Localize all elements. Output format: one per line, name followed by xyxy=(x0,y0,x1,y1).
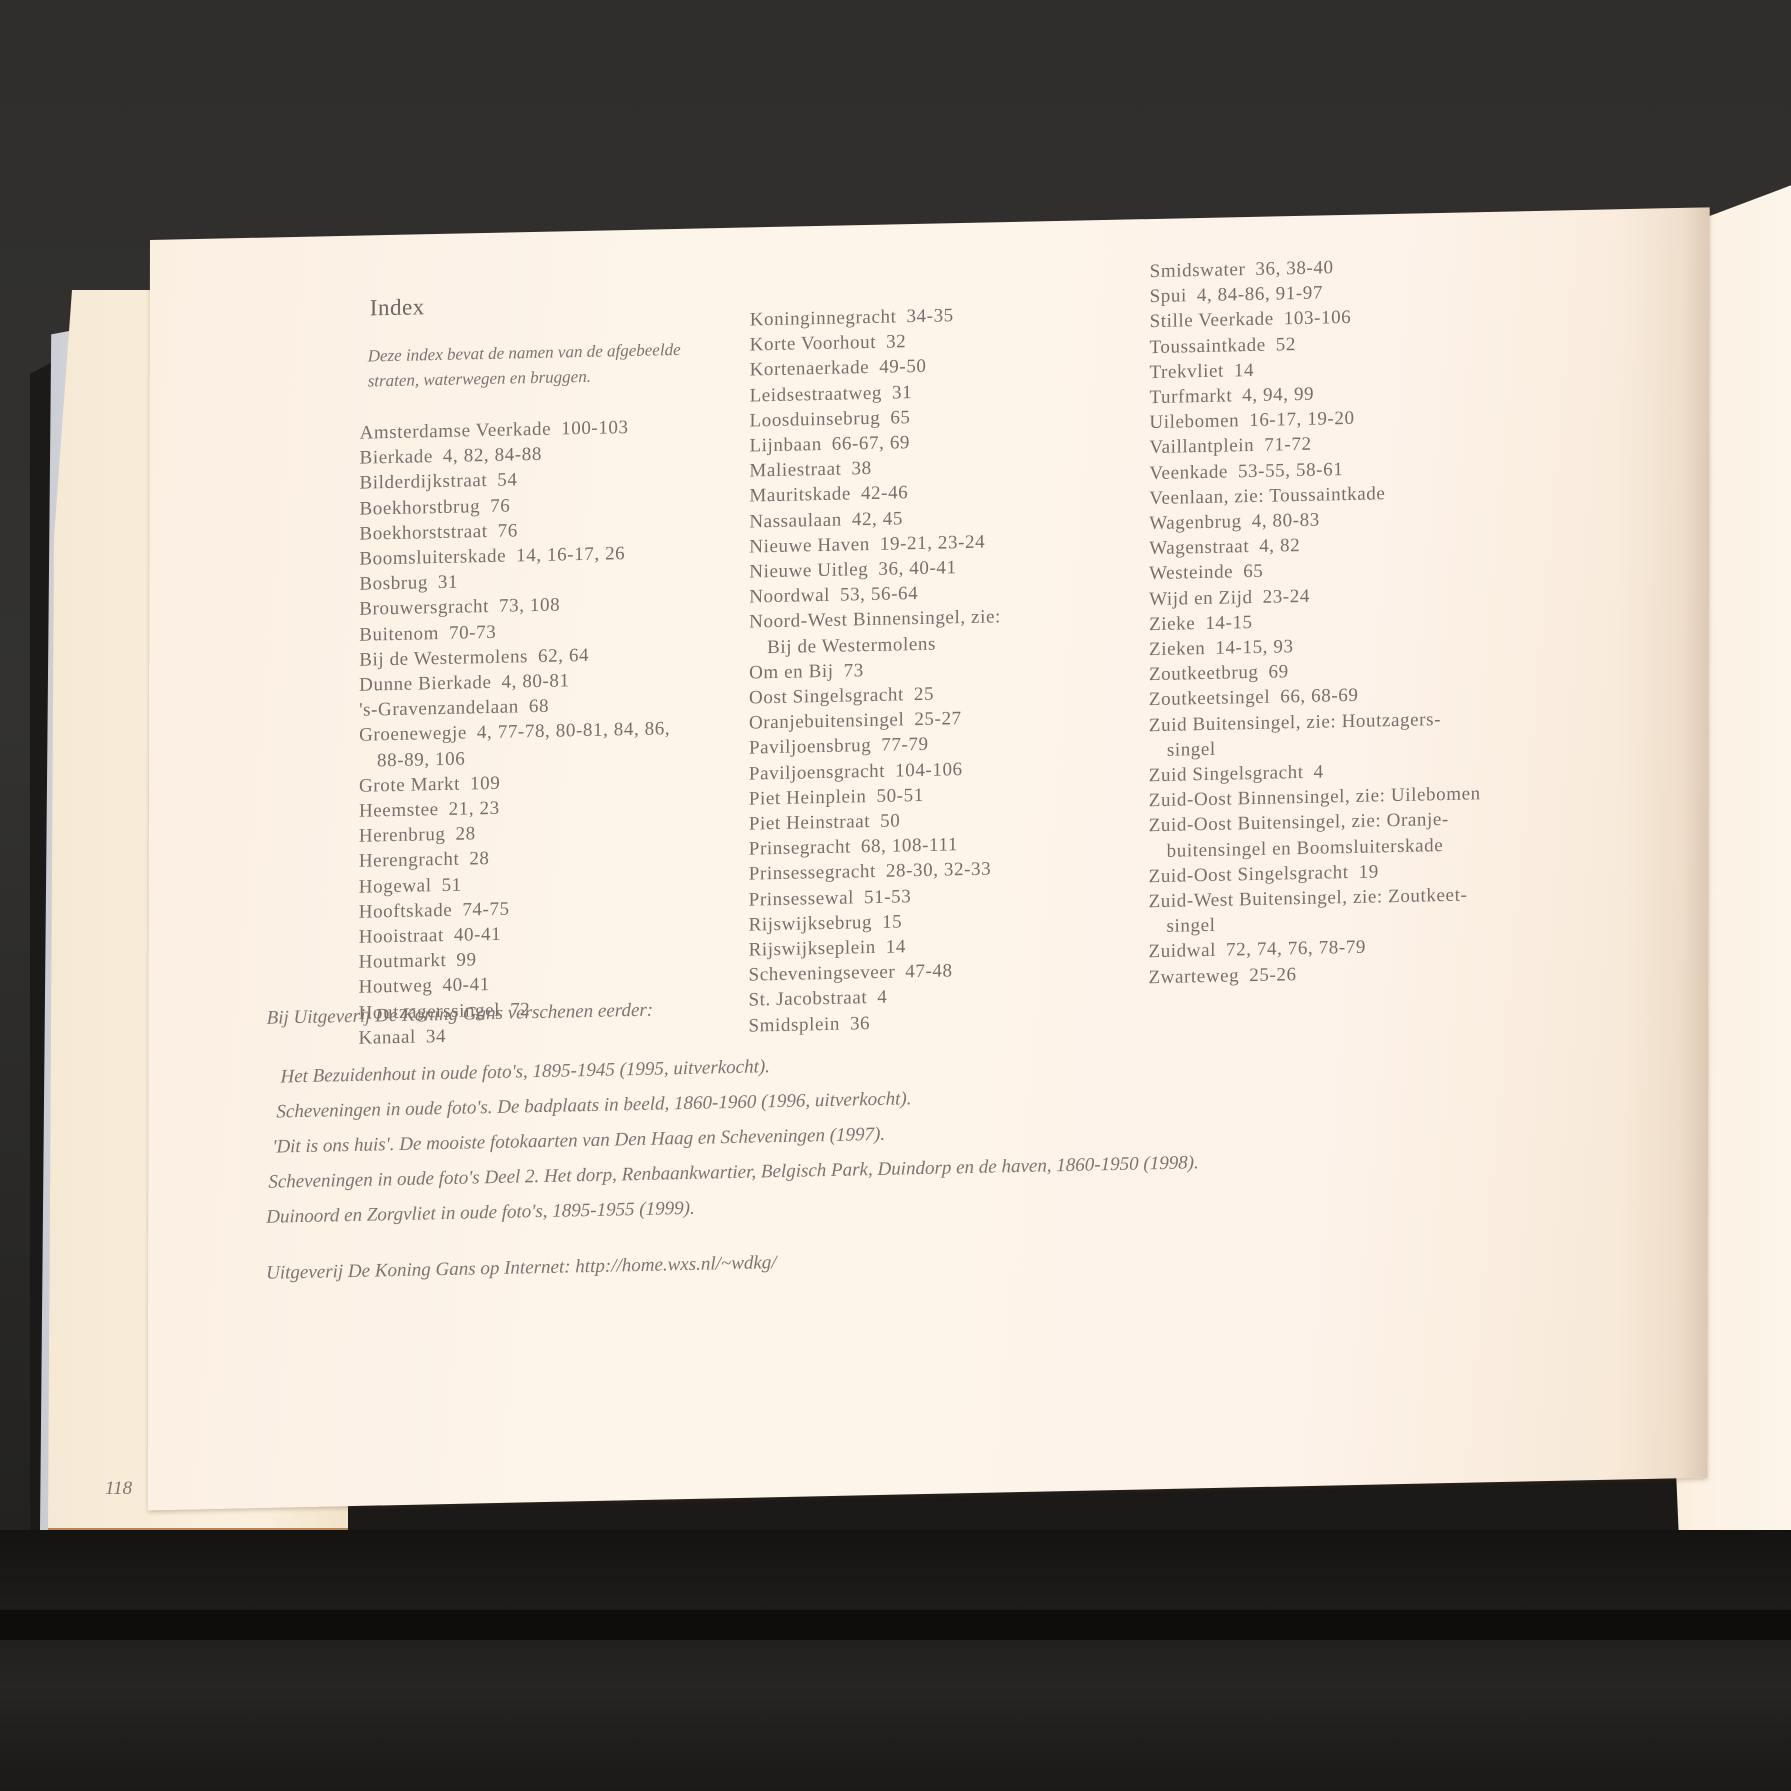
index-entry-pages: 14-15, 93 xyxy=(1215,636,1293,659)
index-entry-name: Wijd en Zijd xyxy=(1149,587,1253,610)
index-entry-name: Herenbrug xyxy=(359,824,446,847)
index-entry-pages: 99 xyxy=(456,950,476,971)
index-entry-name: buitensingel en Boomsluiterskade xyxy=(1167,835,1444,862)
index-entry-pages: 14 xyxy=(1234,360,1254,381)
index-entry-name: Noordwal xyxy=(749,585,830,608)
index-page: Index Deze index bevat de namen van de a… xyxy=(148,207,1710,1510)
index-entry-name: Bij de Westermolens xyxy=(767,633,936,658)
index-entry-name: Hooftskade xyxy=(359,900,453,923)
table-edge xyxy=(0,1530,1791,1791)
index-entry-pages: 4, 80-81 xyxy=(502,670,570,692)
index-entry-pages: 65 xyxy=(890,407,910,428)
index-entry-pages: 73 xyxy=(844,660,864,681)
index-entry-pages: 73, 108 xyxy=(499,595,560,617)
index-entry-name: Zieken xyxy=(1149,638,1205,660)
index-entry-pages: 49-50 xyxy=(879,356,926,378)
index-entry-pages: 42, 45 xyxy=(852,508,903,530)
index-entry-pages: 77-79 xyxy=(881,734,928,756)
index-entry-name: Nieuwe Haven xyxy=(749,534,870,558)
index-entry-name: Houtweg xyxy=(359,976,433,999)
index-entry-pages: 71-72 xyxy=(1264,434,1311,456)
index-entry-name: Boekhorstbrug xyxy=(359,496,480,520)
index-entry-pages: 69 xyxy=(1269,661,1289,682)
index-column-2: Koninginnegracht34-35Korte Voorhout32Kor… xyxy=(748,302,1001,1038)
page-curl-shadow xyxy=(1617,207,1709,1479)
index-entry-name: Prinsegracht xyxy=(749,837,851,860)
publisher-website: Uitgeverij De Koning Gans op Internet: h… xyxy=(266,1236,1566,1285)
index-entry-pages: 50-51 xyxy=(876,785,923,807)
index-entry-name: Uilebomen xyxy=(1149,410,1239,433)
index-entry-pages: 65 xyxy=(1243,561,1263,582)
index-entry: Prinsessegracht28-30, 32-33 xyxy=(749,857,1001,887)
table-ledge xyxy=(0,1610,1791,1640)
index-entry-name: Leidsestraatweg xyxy=(750,382,882,406)
index-entry-name: Zwarteweg xyxy=(1148,965,1239,988)
index-entry-name: Bilderdijkstraat xyxy=(360,470,488,494)
index-entry-pages: 36, 38-40 xyxy=(1255,257,1333,280)
index-entry-name: Korte Voorhout xyxy=(750,332,876,356)
index-entry-name: Prinsessewal xyxy=(749,887,854,910)
index-entry-pages: 76 xyxy=(498,520,518,541)
index-entry-pages: 14, 16-17, 26 xyxy=(516,543,625,566)
index-entry-pages: 68, 108-111 xyxy=(861,834,958,857)
index-entry-name: Westeinde xyxy=(1149,562,1233,585)
index-entry-name: Prinsessegracht xyxy=(749,861,876,885)
index-entry-name: Mauritskade xyxy=(749,484,851,507)
index-entry-pages: 70-73 xyxy=(449,621,496,643)
index-entry-pages: 4 xyxy=(1314,762,1324,783)
index-entry-pages: 40-41 xyxy=(442,975,489,997)
index-entry-pages: 36, 40-41 xyxy=(878,557,956,580)
index-entry-name: Dunne Bierkade xyxy=(359,672,491,696)
index-entry-pages: 19 xyxy=(1359,861,1379,882)
index-entry-pages: 4, 94, 99 xyxy=(1242,384,1314,407)
index-entry-pages: 14-15 xyxy=(1205,612,1252,634)
index-entry: Nieuwe Haven19-21, 23-24 xyxy=(749,529,1001,559)
index-entry-name: Brouwersgracht xyxy=(359,596,489,620)
index-entry-pages: 25-27 xyxy=(914,708,961,730)
index-entry-pages: 68 xyxy=(529,696,549,717)
index-column-3: Smidswater36, 38-40Spui4, 84-86, 91-97St… xyxy=(1148,252,1481,990)
index-entry-pages: 4, 80-83 xyxy=(1252,510,1320,532)
index-entry-pages: 40-41 xyxy=(454,924,501,946)
index-entry-pages: 14 xyxy=(886,936,906,957)
index-entry-name: Bij de Westermolens xyxy=(359,646,528,671)
index-entry-name: Oranjebuitensingel xyxy=(749,710,904,734)
index-entry-pages: 62, 64 xyxy=(538,645,589,667)
index-entry-name: Houtmarkt xyxy=(359,950,447,973)
index-intro: Deze index bevat de namen van de afgebee… xyxy=(368,336,708,393)
index-entry-pages: 4, 82, 84-88 xyxy=(443,444,542,467)
index-entry-name: 's-Gravenzandelaan xyxy=(359,697,519,721)
index-entry-name: Zuid-Oost Buitensingel, zie: Oranje- xyxy=(1149,809,1449,836)
index-entry-pages: 4, 82 xyxy=(1259,535,1300,557)
index-entry-pages: 31 xyxy=(438,572,458,593)
index-entry-name: Hooistraat xyxy=(359,925,444,948)
index-entry-name: Zuid-Oost Singelsgracht xyxy=(1149,862,1349,887)
index-entry-name: Vaillantplein xyxy=(1149,435,1254,458)
index-entry-pages: 51-53 xyxy=(864,886,911,908)
index-entry-name: Wagenbrug xyxy=(1149,511,1242,534)
index-entry-name: Zuid Buitensingel, zie: Houtzagers- xyxy=(1149,709,1441,736)
index-entry-name: Kortenaerkade xyxy=(750,357,870,381)
index-entry-name: 88-89, 106 xyxy=(377,748,465,771)
index-entry-name: Nassaulaan xyxy=(749,509,842,532)
index-entry-name: Grote Markt xyxy=(359,773,460,796)
index-entry-pages: 38 xyxy=(851,458,871,479)
index-entry-name: Herengracht xyxy=(359,849,460,872)
index-entry-pages: 4, 84-86, 91-97 xyxy=(1197,283,1323,307)
index-entry-name: Koninginnegracht xyxy=(750,306,897,330)
index-entry-pages: 53, 56-64 xyxy=(840,583,918,606)
index-entry-name: Lijnbaan xyxy=(749,434,821,457)
index-entry-pages: 32 xyxy=(886,331,906,352)
index-entry-name: Boomsluiterskade xyxy=(359,546,506,570)
index-entry-pages: 53-55, 58-61 xyxy=(1238,459,1343,482)
index-entry-name: Groenewegje xyxy=(359,723,467,746)
publisher-section: Bij Uitgeverij De Koning Gans verschenen… xyxy=(266,981,1566,1285)
index-entry-name: Stille Veerkade xyxy=(1150,309,1274,333)
index-entry-pages: 52 xyxy=(1276,334,1296,355)
index-entry-pages: 23-24 xyxy=(1263,585,1310,607)
index-entry-pages: 34-35 xyxy=(906,305,953,327)
index-entry-pages: 109 xyxy=(470,773,500,795)
index-entry-name: Nieuwe Uitleg xyxy=(749,559,868,583)
page-number: 118 xyxy=(105,1478,132,1500)
index-entry-name: Rijswijkseplein xyxy=(749,937,876,961)
index-entry-name: Amsterdamse Veerkade xyxy=(360,419,552,444)
index-entry-name: Om en Bij xyxy=(749,661,834,684)
index-entry-name: Smidswater xyxy=(1150,259,1246,282)
index-entry-name: Bierkade xyxy=(360,446,433,469)
index-entry-name: Veenkade xyxy=(1149,461,1228,484)
index-entry-name: Paviljoensgracht xyxy=(749,760,885,784)
index-entry-name: Piet Heinstraat xyxy=(749,811,870,835)
index-entry-pages: 50 xyxy=(880,810,900,831)
index-entry-pages: 72, 74, 76, 78-79 xyxy=(1226,937,1366,961)
index-entry-name: Loosduinsebrug xyxy=(750,408,881,432)
index-entry-name: Spui xyxy=(1150,285,1187,307)
index-entry-pages: 103-106 xyxy=(1284,307,1352,329)
index-entry-pages: 74-75 xyxy=(462,898,509,920)
index-entry-pages: 66, 68-69 xyxy=(1280,685,1358,708)
index-entry-name: Turfmarkt xyxy=(1149,385,1232,408)
index-entry-name: Zieke xyxy=(1149,613,1195,635)
index-entry-pages: 21, 23 xyxy=(449,798,500,820)
index-entry-name: Rijswijksebrug xyxy=(749,912,872,936)
index-entry-pages: 25 xyxy=(914,684,934,705)
index-entry-name: Boekhorststraat xyxy=(359,521,487,545)
index-entry-name: Noord-West Binnensingel, zie: xyxy=(749,607,1001,633)
index-entry-name: Zoutkeetbrug xyxy=(1149,662,1259,685)
index-entry-name: Hogewal xyxy=(359,875,432,898)
index-entry-name: singel xyxy=(1167,915,1216,937)
index-entry-pages: 100-103 xyxy=(561,417,629,439)
index-entry-name: Toussaintkade xyxy=(1150,334,1266,357)
index-entry-pages: 104-106 xyxy=(895,759,963,781)
index-entry-pages: 47-48 xyxy=(905,961,952,983)
index-entry-pages: 42-46 xyxy=(861,483,908,505)
index-entry-name: Oost Singelsgracht xyxy=(749,684,904,708)
index-entry-pages: 4, 77-78, 80-81, 84, 86, xyxy=(477,719,670,744)
index-entry-name: Bosbrug xyxy=(359,572,428,594)
index-entry-pages: 54 xyxy=(497,470,517,491)
index-entry-name: Maliestraat xyxy=(749,459,841,482)
index-entry-name: Buitenom xyxy=(359,623,439,646)
index-entry-name: Paviljoensbrug xyxy=(749,735,871,759)
index-entry-name: Zoutkeetsingel xyxy=(1149,687,1270,711)
index-entry-name: Veenlaan, zie: Toussaintkade xyxy=(1149,483,1385,509)
index-entry-name: Trekvliet xyxy=(1149,360,1223,383)
index-entry-pages: 28 xyxy=(469,848,489,869)
index-entry-pages: 28-30, 32-33 xyxy=(886,859,991,882)
index-entry: Noord-West Binnensingel, zie: xyxy=(749,605,1001,635)
index-entry-pages: 19-21, 23-24 xyxy=(880,531,985,554)
index-entry-pages: 25-26 xyxy=(1249,964,1296,986)
index-entry-name: Piet Heinplein xyxy=(749,786,867,809)
index-entry-pages: 51 xyxy=(442,874,462,895)
publisher-title-list: Het Bezuidenhout in oude foto's, 1895-19… xyxy=(266,1033,1566,1235)
index-entry-name: Zuid Singelsgracht xyxy=(1149,762,1304,786)
index-entry-pages: 31 xyxy=(892,382,912,403)
index-entry-name: Zuid-West Buitensingel, zie: Zoutkeet- xyxy=(1149,885,1468,913)
index-entry-name: singel xyxy=(1167,739,1216,761)
index-entry-name: Scheveningseveer xyxy=(749,962,896,986)
index-entry-pages: 15 xyxy=(882,911,902,932)
photo-scene: dilellefkaPafaBia lhoHfoPestrAlshbyweTlw… xyxy=(0,0,1791,1791)
index-title: Index xyxy=(370,294,425,321)
index-entry-name: Zuidwal xyxy=(1148,940,1216,962)
index-entry-name: Wagenstraat xyxy=(1149,536,1249,559)
index-column-1: Amsterdamse Veerkade100-103Bierkade4, 82… xyxy=(359,414,671,1051)
index-entry-pages: 28 xyxy=(456,824,476,845)
index-entry-pages: 66-67, 69 xyxy=(832,432,910,455)
index-entry-pages: 16-17, 19-20 xyxy=(1249,408,1354,431)
index-entry-name: Heemstee xyxy=(359,799,439,822)
index-entry-pages: 76 xyxy=(490,495,510,516)
